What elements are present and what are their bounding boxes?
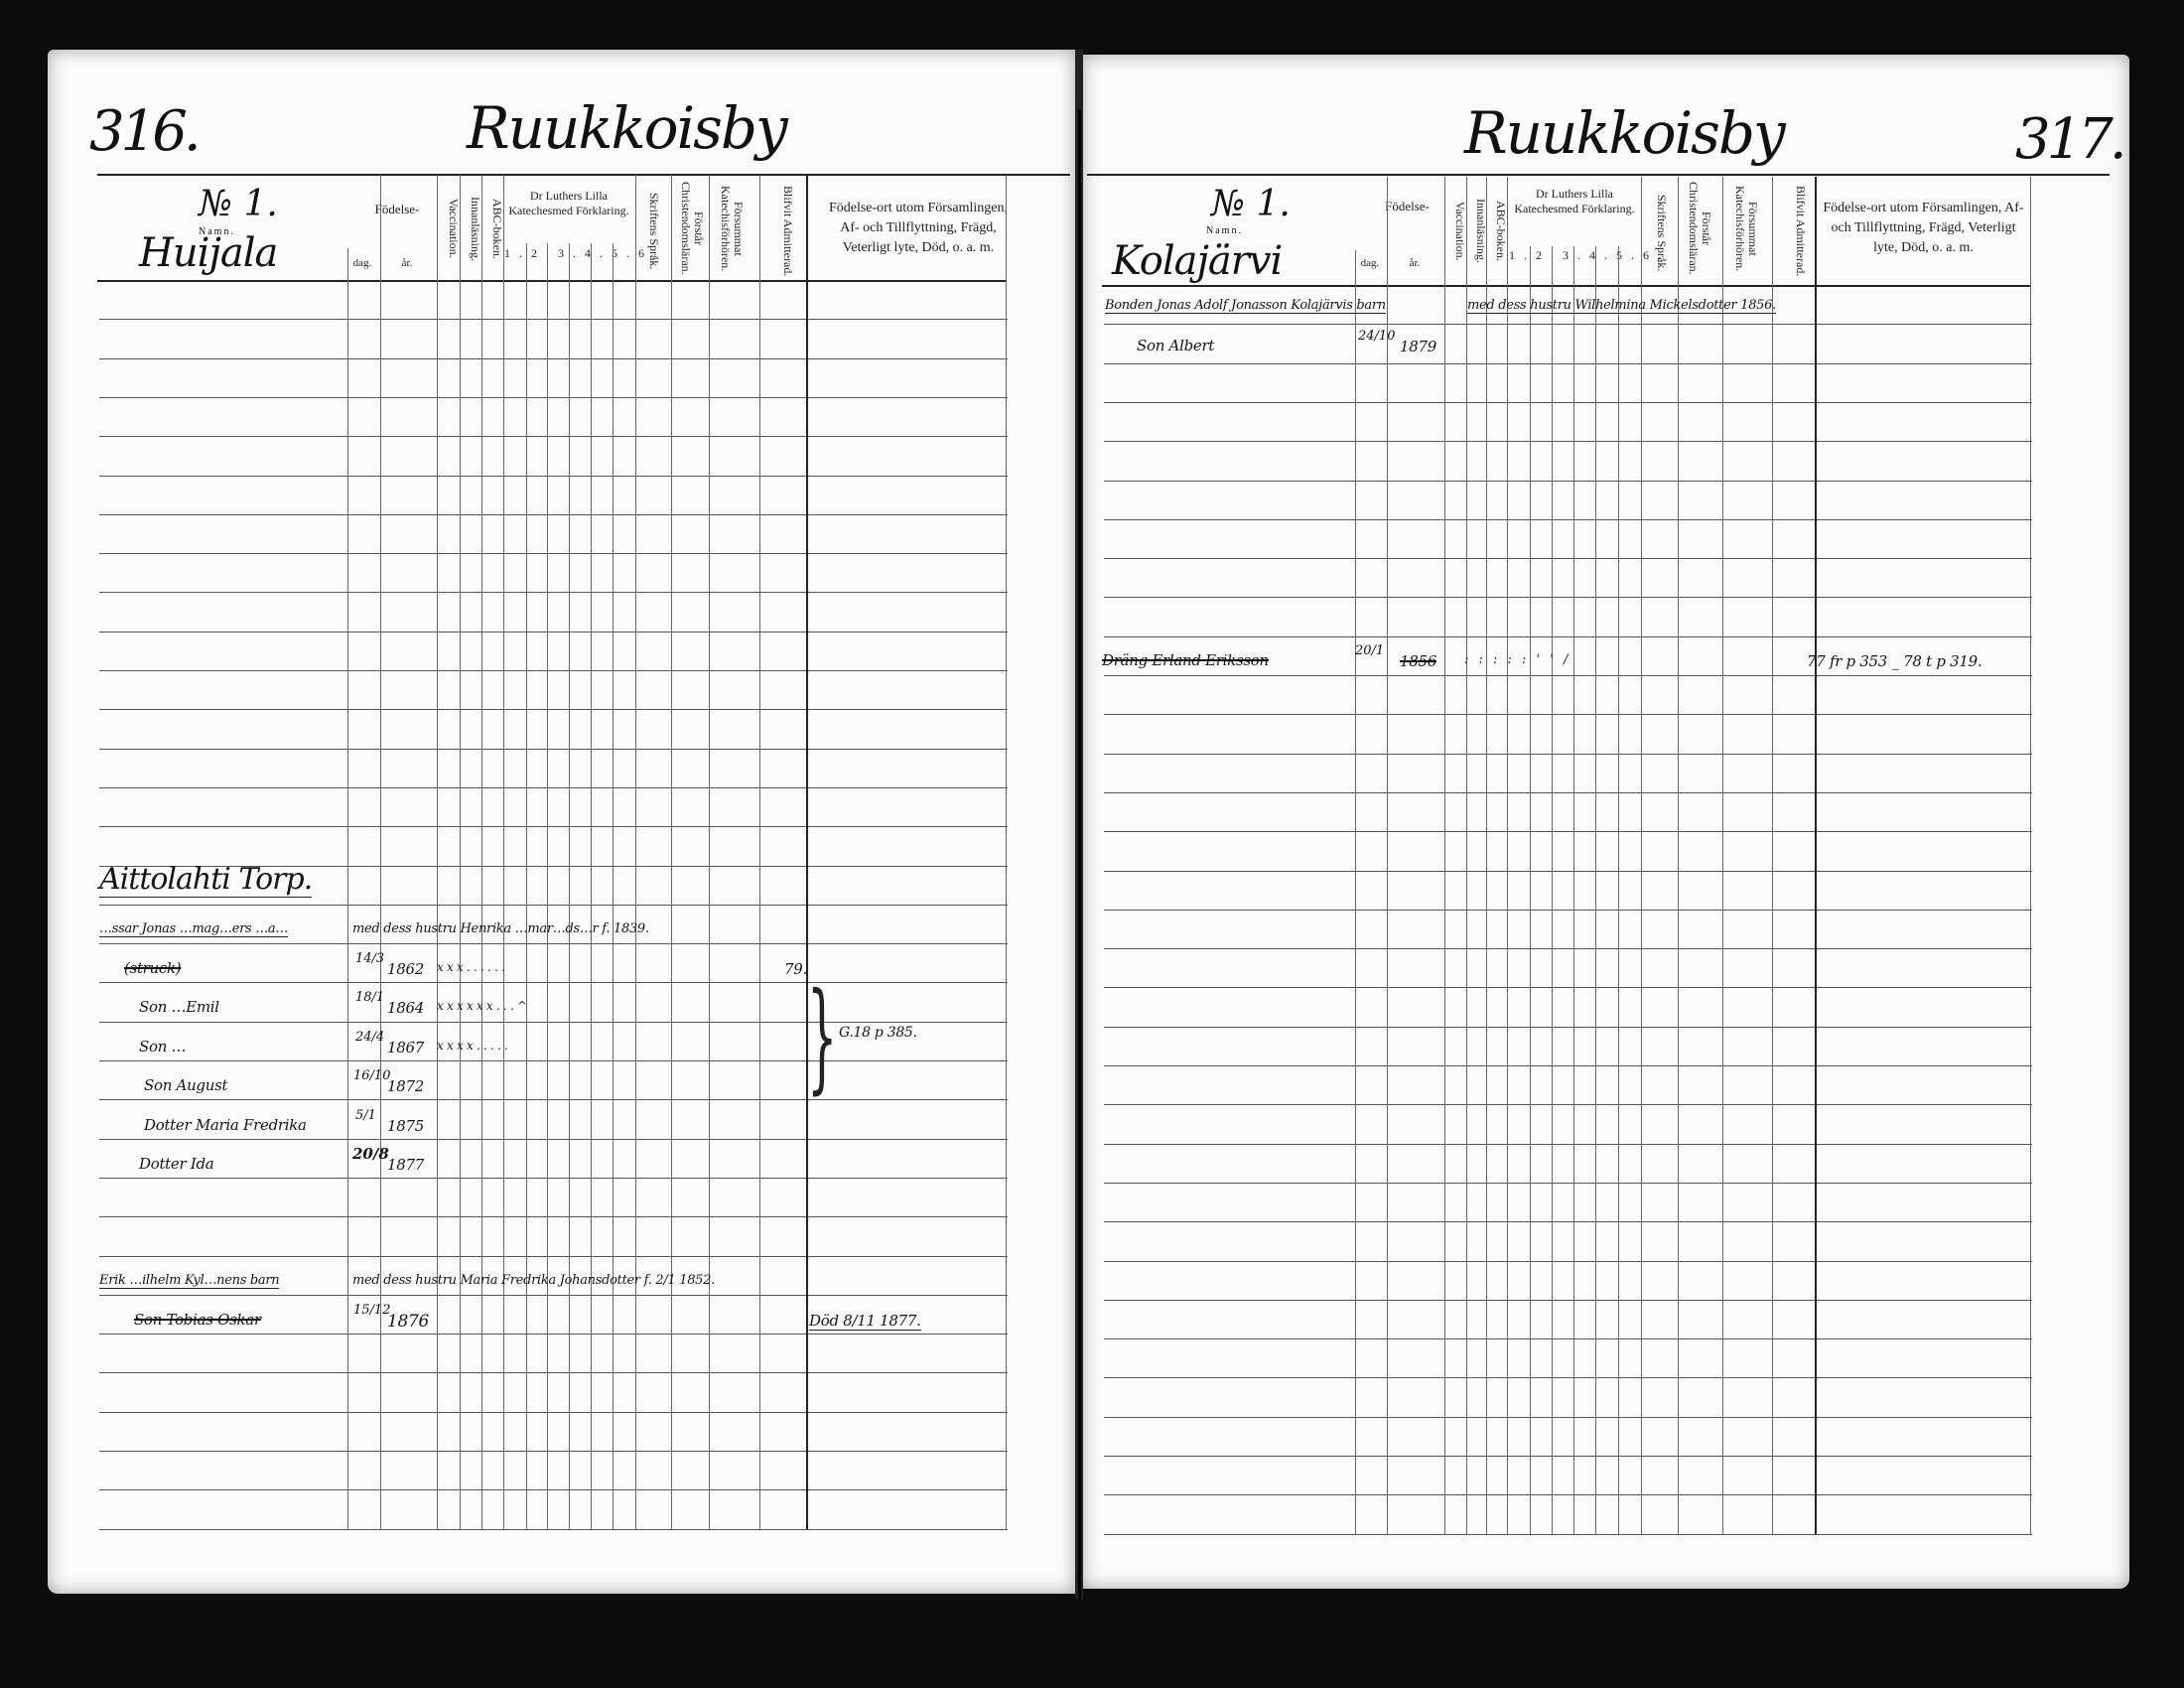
- entry-2-name: Son …Emil: [139, 998, 219, 1016]
- ruled-row-line: [1104, 1494, 2032, 1495]
- page-number-left: 316.: [89, 99, 198, 164]
- entry-1-daymonth: 14/3: [355, 952, 384, 965]
- ruled-row-line: [1104, 871, 2032, 872]
- column-rule: [481, 175, 482, 1529]
- entry-6-name: Dotter Ida: [139, 1155, 213, 1173]
- entry-6-daymonth: 20/8: [352, 1148, 389, 1161]
- col-fodelseort-right: Födelse-ort utom Församlingen, Af- och T…: [1822, 199, 2025, 258]
- column-rule: [1387, 177, 1388, 1534]
- entry-4-year: 1872: [387, 1077, 424, 1095]
- column-rule: [1355, 250, 1356, 1534]
- household-2-head-line: Erik …ilhelm Kyl…nens barn: [99, 1273, 279, 1289]
- column-rule: [671, 175, 672, 1529]
- column-rule: [547, 243, 548, 1529]
- column-rule: [1466, 177, 1467, 1534]
- column-rule: [1595, 246, 1596, 1534]
- village-title-right: Ruukkoisby: [1464, 99, 1784, 167]
- column-rule: [1444, 177, 1445, 1534]
- ruled-row-line: [1104, 324, 2032, 325]
- entry-3-daymonth: 24/4: [355, 1031, 384, 1044]
- ruled-row-line: [1104, 714, 2032, 715]
- ruled-row-line: [99, 749, 1008, 750]
- ruled-row-line: [1104, 1183, 2032, 1184]
- ruled-row-line: [99, 553, 1008, 554]
- ruled-row-line: [1104, 1377, 2032, 1378]
- column-rule: [613, 243, 614, 1529]
- column-rule: [1722, 177, 1723, 1534]
- entry-number-right: № 1.: [1211, 184, 1291, 224]
- col-dag-left: dag.: [347, 256, 377, 271]
- ruled-row-line: [99, 1372, 1008, 1373]
- ruled-row-line: [1104, 402, 2032, 403]
- ruled-row-line: [1104, 1417, 2032, 1418]
- col-abc-left: ABC-boken.: [483, 184, 503, 273]
- col-skriftens-right: Skriftens Språk.: [1648, 184, 1668, 283]
- entry-3-name: Son …: [139, 1038, 186, 1055]
- ruled-row-line: [99, 982, 1008, 983]
- column-rule: [759, 175, 760, 1529]
- right-entry-2-marks: : : : : : ' ' /: [1464, 652, 1570, 667]
- column-rule: [1618, 246, 1619, 1534]
- entry-4-name: Son August: [144, 1076, 227, 1094]
- ruled-row-line: [99, 358, 1008, 359]
- bracket-brace: }: [807, 978, 838, 1097]
- ruled-row-line: [99, 514, 1008, 515]
- ruled-row-line: [1104, 636, 2032, 637]
- col-fodelseort-left: Födelse-ort utom Församlingen, Af- och T…: [819, 199, 1018, 258]
- right-entry-1-daymonth: 24/10: [1358, 330, 1395, 343]
- ruled-row-line: [99, 632, 1008, 633]
- ruled-row-line: [1104, 481, 2032, 482]
- ruled-row-line: [99, 905, 1008, 906]
- ruled-row-line: [1104, 1261, 2032, 1262]
- col-forsummat-left: Försummat Katechisförhören.: [715, 179, 745, 278]
- column-rule: [1573, 246, 1574, 1534]
- household-head-line: …ssar Jonas …mag…ers …a…: [99, 921, 288, 937]
- entry-5-year: 1875: [387, 1117, 424, 1135]
- column-rule: [1006, 175, 1007, 1529]
- ruled-row-line: [99, 943, 1008, 944]
- ruled-row-line: [1104, 441, 2032, 442]
- ruled-row-line: [99, 787, 1008, 788]
- column-rule: [2030, 177, 2031, 1534]
- column-rule: [709, 175, 710, 1529]
- ruled-row-line: [99, 592, 1008, 593]
- entry-6-year: 1877: [387, 1156, 424, 1174]
- right-header-top-rule: [1087, 174, 2110, 176]
- ruled-row-line: [1104, 948, 2032, 949]
- right-entry-2-year: 1856: [1400, 652, 1436, 670]
- column-rule: [591, 243, 592, 1529]
- ruled-row-line: [1104, 558, 2032, 559]
- ruled-row-line: [1104, 1456, 2032, 1457]
- col-dag-right: dag.: [1355, 256, 1385, 271]
- col-admitterad-right: Blifvit Admitterad.: [1777, 184, 1807, 278]
- ruled-row-line: [1104, 519, 2032, 520]
- right-entry-2-note: 77 fr p 353 _ 78 t p 319.: [1807, 652, 1981, 670]
- entry-7-name: Son Tobias Oskar: [134, 1311, 261, 1329]
- entry-1-year: 1862: [387, 960, 424, 978]
- entry-5-daymonth: 5/1: [355, 1109, 376, 1122]
- col-ar-left: år.: [382, 256, 432, 271]
- column-rule: [437, 175, 438, 1529]
- column-rule: [503, 175, 504, 1529]
- ruled-row-line: [99, 397, 1008, 398]
- village-title-left: Ruukkoisby: [467, 94, 786, 162]
- namn-label-right: Namn.: [1206, 225, 1243, 236]
- ruled-row-line: [1104, 675, 2032, 676]
- ruled-row-line: [1104, 910, 2032, 911]
- ruled-row-line: [1104, 792, 2032, 793]
- ruled-row-line: [1104, 363, 2032, 364]
- col-forstar-right: Förstår Christendomsläran.: [1683, 179, 1712, 278]
- entry-2-year: 1864: [387, 999, 424, 1017]
- right-entry-2-name: Dräng Erland Eriksson: [1102, 651, 1269, 669]
- ruled-row-line: [1104, 1104, 2032, 1105]
- left-header-bottom-rule: [97, 280, 1006, 282]
- column-rule: [569, 243, 570, 1529]
- ruled-row-line: [1104, 1065, 2032, 1066]
- bracket-note: G.18 p 385.: [839, 1025, 917, 1041]
- ruled-row-line: [99, 1529, 1008, 1530]
- right-entry-2-daymonth: 20/1: [1355, 644, 1384, 657]
- col-admitterad-left: Blifvit Admitterad.: [764, 184, 794, 278]
- ruled-row-line: [99, 1178, 1008, 1179]
- entry-5-name: Dotter Maria Fredrika: [144, 1116, 307, 1134]
- col-luther-right: Dr Luthers Lilla Katechesmed Förklaring.: [1509, 187, 1640, 216]
- farm-name-left: Huijala: [139, 230, 277, 276]
- entry-2-marks: x x x x x x . . . ^: [437, 999, 527, 1013]
- col-ar-right: år.: [1390, 256, 1439, 271]
- ruled-row-line: [99, 1060, 1008, 1061]
- ruled-row-line: [99, 1216, 1008, 1217]
- ruled-row-line: [1104, 831, 2032, 832]
- left-header-top-rule: [97, 174, 1070, 176]
- ruled-row-line: [1104, 597, 2032, 598]
- column-rule: [1815, 177, 1817, 1534]
- column-rule: [1641, 177, 1642, 1534]
- column-rule: [635, 175, 636, 1529]
- right-entry-1-name: Son Albert: [1137, 337, 1214, 354]
- household-head-continuation: med dess hustru Henrika …mar…ds…r f. 183…: [352, 921, 649, 936]
- entry-7-death-note: Död 8/11 1877.: [809, 1312, 921, 1331]
- ruled-row-line: [99, 1022, 1008, 1023]
- column-rule: [347, 248, 348, 1529]
- farm-name-right: Kolajärvi: [1112, 238, 1282, 284]
- entry-struck-name: (struck): [124, 959, 181, 977]
- ruled-row-line: [1104, 1534, 2032, 1535]
- right-household-head: Bonden Jonas Adolf Jonasson Kolajärvis b…: [1105, 298, 1386, 314]
- ruled-row-line: [1104, 1221, 2032, 1222]
- ruled-row-line: [99, 670, 1008, 671]
- ruled-row-line: [1104, 754, 2032, 755]
- column-rule: [460, 175, 461, 1529]
- entry-1-marks: x x x . . . . . .: [437, 960, 505, 974]
- ruled-row-line: [99, 1295, 1008, 1296]
- col-abc-right: ABC-boken.: [1487, 184, 1507, 278]
- column-rule: [526, 243, 527, 1529]
- col-forstar-left: Förstår Christendomsläran.: [675, 179, 705, 278]
- ruled-row-line: [99, 476, 1008, 477]
- entry-3-marks: x x x x . . . . .: [437, 1039, 508, 1053]
- column-rule: [1678, 177, 1679, 1534]
- entry-3-year: 1867: [387, 1039, 424, 1056]
- ruled-row-line: [99, 1099, 1008, 1100]
- col-luther-left: Dr Luthers Lilla Katechesmed Förklaring.: [504, 189, 633, 218]
- col-innanlasning-left: Innanläsning.: [462, 184, 481, 273]
- ruled-row-line: [99, 709, 1008, 710]
- col-fodelse-right: Födelse-: [1360, 199, 1454, 213]
- ruled-row-line: [99, 436, 1008, 437]
- page-number-right: 317.: [2015, 107, 2123, 172]
- ruled-row-line: [1104, 987, 2032, 988]
- ruled-row-line: [99, 1334, 1008, 1335]
- ruled-row-line: [99, 319, 1008, 320]
- ruled-row-line: [1104, 1338, 2032, 1339]
- entry-4-daymonth: 16/10: [353, 1069, 390, 1082]
- col-innanlasning-right: Innanläsning.: [1467, 184, 1487, 278]
- right-header-bottom-rule: [1102, 285, 2030, 287]
- right-entry-1-year: 1879: [1400, 338, 1436, 355]
- col-forsummat-right: Försummat Katechisförhören.: [1729, 179, 1759, 278]
- entry-7-year: 1876: [387, 1312, 429, 1332]
- ruled-row-line: [1104, 1300, 2032, 1301]
- farm-name-aittolahti: Aittolahti Torp.: [99, 862, 312, 898]
- right-household-continuation: med dess hustru Wilhelmina Mickelsdotter…: [1467, 298, 1776, 314]
- col-vaccination-left: Vaccination.: [440, 184, 460, 273]
- column-rule: [806, 175, 808, 1529]
- col-vaccination-right: Vaccination.: [1446, 184, 1466, 278]
- ruled-row-line: [1104, 1027, 2032, 1028]
- ruled-row-line: [99, 826, 1008, 827]
- column-rule: [380, 175, 381, 1529]
- ruled-row-line: [1104, 1144, 2032, 1145]
- column-rule: [1486, 177, 1487, 1534]
- ruled-row-line: [99, 1412, 1008, 1413]
- column-rule: [1507, 177, 1508, 1534]
- ruled-row-line: [99, 1489, 1008, 1490]
- gutter-line: [1078, 109, 1081, 1599]
- column-rule: [1552, 246, 1553, 1534]
- household-2-continuation: med dess hustru Maria Fredrika Johansdot…: [352, 1273, 715, 1288]
- ruled-row-line: [99, 1256, 1008, 1257]
- col-fodelse-left: Födelse-: [352, 202, 442, 216]
- column-rule: [1530, 246, 1531, 1534]
- col-skriftens-left: Skriftens Språk.: [640, 184, 660, 278]
- entry-1-admitted: 79.: [784, 960, 807, 978]
- ruled-row-line: [99, 1451, 1008, 1452]
- entry-7-daymonth: 15/12: [353, 1304, 390, 1317]
- entry-number-left: № 1.: [199, 184, 278, 224]
- col-luther-numbers-right: 1.2.3.4.5.6.: [1509, 248, 1640, 263]
- entry-2-daymonth: 18/1: [355, 991, 384, 1004]
- column-rule: [1772, 177, 1773, 1534]
- ruled-row-line: [99, 1139, 1008, 1140]
